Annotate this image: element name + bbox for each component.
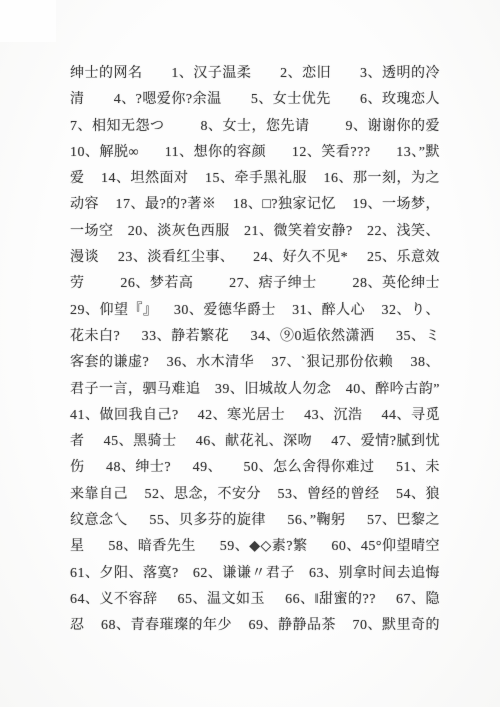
name-entry: 36、水木清华 xyxy=(167,351,255,371)
name-entry: 15、牵手黑礼服 xyxy=(205,167,307,187)
text-line: 伤48、绅士?49、50、怎么舍得你难过51、未 xyxy=(70,456,440,482)
name-entry: 6、玫瑰恋人 xyxy=(360,88,440,108)
name-entry: 9、谢谢你的爱 xyxy=(346,115,441,135)
name-entry: 绅士的网名 xyxy=(70,62,143,82)
name-entry: 11、想你的容颜 xyxy=(165,141,266,161)
text-line: 者45、黑骑士46、献花礼、深吻47、爱情?腻到忧 xyxy=(70,430,440,456)
name-entry: 69、静静品茶 xyxy=(249,614,337,634)
name-entry: 65、温文如玉 xyxy=(178,588,266,608)
name-entry: 花未白? xyxy=(70,325,120,345)
name-entry: 30、爱德华爵士 xyxy=(174,299,276,319)
name-entry: 57、巴黎之 xyxy=(367,509,440,529)
document-body-text: 绅士的网名1、汉子温柔2、恋旧3、透明的冷清4、?嗯爱你?余温5、女士优先6、玫… xyxy=(70,62,440,641)
name-entry: 48、绅士? xyxy=(106,456,171,476)
text-line: 41、做回我自己?42、寒光居士43、沉浩44、寻觅 xyxy=(70,404,440,430)
name-entry: 21、微笑着安静? xyxy=(244,220,353,240)
name-entry: 59、◆◇素?繁 xyxy=(220,535,308,555)
name-entry: 64、义不容辞 xyxy=(70,588,158,608)
text-line: 来靠自己52、思念，不安分53、曾经的曾经54、狼 xyxy=(70,483,440,509)
name-entry: 45、黑骑士 xyxy=(104,430,177,450)
name-entry: 一场空 xyxy=(70,220,114,240)
name-entry: 23、淡看红尘事、 xyxy=(118,246,235,266)
name-entry: 26、梦若高 xyxy=(120,272,193,292)
name-entry: 38、 xyxy=(410,351,440,371)
name-entry: 纹意念乀 xyxy=(70,509,128,529)
name-entry: 27、痞子绅士 xyxy=(229,272,317,292)
name-entry: 伤 xyxy=(70,456,85,476)
name-entry: 70、默里奇的 xyxy=(353,614,441,634)
name-entry: 39、旧城故人勿念 xyxy=(215,378,332,398)
name-entry: 58、暗香先生 xyxy=(108,535,196,555)
text-line: 64、义不容辞65、温文如玉66、‖甜蜜的??67、隐 xyxy=(70,588,440,614)
name-entry: 35、ミ xyxy=(396,325,440,345)
name-entry: 25、乐意效 xyxy=(367,246,440,266)
name-entry: 53、曾经的曾经 xyxy=(278,483,380,503)
name-entry: 14、坦然面对 xyxy=(101,167,189,187)
name-entry: 君子一言，驷马难追 xyxy=(70,378,201,398)
name-entry: 18、□?独家记忆 xyxy=(233,193,336,213)
name-entry: 17、最?的?著※ xyxy=(115,193,216,213)
text-line: 花未白?33、静若繁花34、⑨0逅依然潇洒35、ミ xyxy=(70,325,440,351)
text-line: 61、夕阳、落寞?62、谦谦〃君子63、别拿时间去追悔 xyxy=(70,562,440,588)
name-entry: 63、别拿时间去追悔 xyxy=(309,562,440,582)
text-line: 29、仰望『』30、爱德华爵士31、醉人心32、り、 xyxy=(70,299,440,325)
name-entry: 4、?嗯爱你?余温 xyxy=(114,88,222,108)
name-entry: 19、一场梦， xyxy=(352,193,440,213)
name-entry: 32、り、 xyxy=(381,299,440,319)
name-entry: 60、45°仰望晴空 xyxy=(331,535,440,555)
document-page: 绅士的网名1、汉子温柔2、恋旧3、透明的冷清4、?嗯爱你?余温5、女士优先6、玫… xyxy=(0,0,500,707)
name-entry: 44、寻觅 xyxy=(381,404,440,424)
name-entry: 46、献花礼、深吻 xyxy=(196,430,313,450)
name-entry: 2、恋旧 xyxy=(280,62,331,82)
name-entry: 68、青春璀璨的年少 xyxy=(101,614,232,634)
name-entry: 62、谦谦〃君子 xyxy=(193,562,295,582)
name-entry: 星 xyxy=(70,535,85,555)
name-entry: 12、笑看??? xyxy=(292,141,371,161)
name-entry: 37、ˋ狠记那份依赖 xyxy=(271,351,393,371)
text-line: 漫谈23、淡看红尘事、24、好久不见*25、乐意效 xyxy=(70,246,440,272)
name-entry: 54、狼 xyxy=(396,483,440,503)
name-entry: 29、仰望『』 xyxy=(70,299,158,319)
text-line: 绅士的网名1、汉子温柔2、恋旧3、透明的冷 xyxy=(70,62,440,88)
name-entry: 42、寒光居士 xyxy=(198,404,286,424)
name-entry: 22、浅笑、 xyxy=(367,220,440,240)
name-entry: 13、”默 xyxy=(396,141,440,161)
name-entry: 52、思念，不安分 xyxy=(145,483,262,503)
name-entry: 客套的谦虚? xyxy=(70,351,149,371)
name-entry: 来靠自己 xyxy=(70,483,128,503)
text-line: 客套的谦虚?36、水木清华37、ˋ狠记那份依赖38、 xyxy=(70,351,440,377)
name-entry: 忍 xyxy=(70,614,85,634)
text-line: 星58、暗香先生59、◆◇素?繁60、45°仰望晴空 xyxy=(70,535,440,561)
name-entry: 3、透明的冷 xyxy=(360,62,440,82)
name-entry: 33、静若繁花 xyxy=(142,325,230,345)
name-entry: 66、‖甜蜜的?? xyxy=(285,588,376,608)
text-line: 10、解脱∞11、想你的容颜12、笑看???13、”默 xyxy=(70,141,440,167)
text-line: 劳26、梦若高27、痞子绅士28、英伦绅士 xyxy=(70,272,440,298)
name-entry: 51、未 xyxy=(396,456,440,476)
name-entry: 爱 xyxy=(70,167,85,187)
name-entry: 1、汉子温柔 xyxy=(171,62,251,82)
name-entry: 47、爱情?腻到忧 xyxy=(331,430,440,450)
name-entry: 31、醉人心 xyxy=(292,299,365,319)
name-entry: 24、好久不见* xyxy=(253,246,348,266)
name-entry: 67、隐 xyxy=(396,588,440,608)
name-entry: 劳 xyxy=(70,272,85,292)
name-entry: 55、贝多芬的旋律 xyxy=(149,509,266,529)
name-entry: 7、相知无怨つ xyxy=(70,115,165,135)
name-entry: 清 xyxy=(70,88,85,108)
name-entry: 61、夕阳、落寞? xyxy=(70,562,179,582)
name-entry: 10、解脱∞ xyxy=(70,141,139,161)
name-entry: 者 xyxy=(70,430,85,450)
text-line: 纹意念乀55、贝多芬的旋律56、”鞠躬57、巴黎之 xyxy=(70,509,440,535)
name-entry: 16、那一刻，为之 xyxy=(324,167,441,187)
name-entry: 34、⑨0逅依然潇洒 xyxy=(251,325,375,345)
text-line: 7、相知无怨つ8、女士，您先请9、谢谢你的爱 xyxy=(70,115,440,141)
text-line: 一场空20、淡灰色西服21、微笑着安静?22、浅笑、 xyxy=(70,220,440,246)
name-entry: 43、沉浩 xyxy=(304,404,363,424)
text-line: 忍68、青春璀璨的年少69、静静品茶70、默里奇的 xyxy=(70,614,440,640)
name-entry: 5、女士优先 xyxy=(251,88,331,108)
name-entry: 49、 xyxy=(193,456,223,476)
text-line: 清4、?嗯爱你?余温5、女士优先6、玫瑰恋人 xyxy=(70,88,440,114)
text-line: 动容17、最?的?著※18、□?独家记忆19、一场梦， xyxy=(70,193,440,219)
name-entry: 56、”鞠躬 xyxy=(287,509,345,529)
name-entry: 漫谈 xyxy=(70,246,99,266)
name-entry: 41、做回我自己? xyxy=(70,404,179,424)
name-entry: 50、怎么舍得你难过 xyxy=(244,456,375,476)
name-entry: 8、女士，您先请 xyxy=(201,115,310,135)
name-entry: 20、淡灰色西服 xyxy=(128,220,230,240)
name-entry: 动容 xyxy=(70,193,99,213)
text-line: 君子一言，驷马难追39、旧城故人勿念40、醉吟古韵” xyxy=(70,378,440,404)
text-line: 爱14、坦然面对15、牵手黑礼服16、那一刻，为之 xyxy=(70,167,440,193)
name-entry: 40、醉吟古韵” xyxy=(346,378,440,398)
scan-corner-highlight xyxy=(0,0,56,42)
name-entry: 28、英伦绅士 xyxy=(352,272,440,292)
